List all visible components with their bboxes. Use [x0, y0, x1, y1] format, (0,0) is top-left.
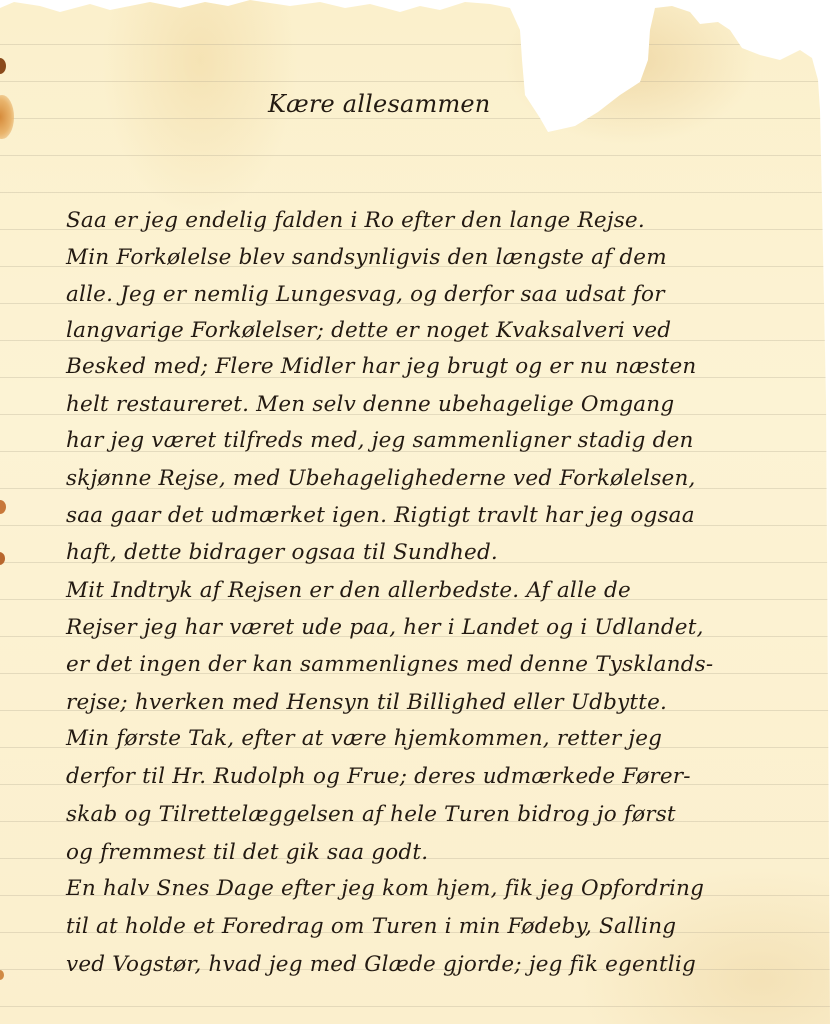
letter-line: har jeg været tilfreds med, jeg sammenli… [66, 428, 694, 453]
letter-salutation: Kære allesammen [268, 90, 490, 118]
letter-line: Saa er jeg endelig falden i Ro efter den… [66, 208, 645, 233]
letter-line: og fremmest til det gik saa godt. [66, 840, 428, 865]
letter-line: Besked med; Flere Midler har jeg brugt o… [66, 354, 696, 379]
letter-line: Min første Tak, efter at være hjemkommen… [66, 726, 662, 751]
letter-line: Rejser jeg har været ude paa, her i Land… [66, 615, 704, 640]
letter-line: saa gaar det udmærket igen. Rigtigt trav… [66, 503, 695, 528]
letter-line: skjønne Rejse, med Ubehagelighederne ved… [66, 466, 696, 491]
letter-line: rejse; hverken med Hensyn til Billighed … [66, 690, 667, 715]
letter-line: ved Vogstør, hvad jeg med Glæde gjorde; … [66, 952, 696, 977]
letter-line: til at holde et Foredrag om Turen i min … [66, 914, 676, 939]
letter-line: er det ingen der kan sammenlignes med de… [66, 652, 713, 677]
letter-line: helt restaureret. Men selv denne ubehage… [66, 392, 674, 417]
letter-line: En halv Snes Dage efter jeg kom hjem, fi… [66, 876, 704, 901]
letter-line: skab og Tilrettelæggelsen af hele Turen … [66, 802, 676, 827]
letter-line: haft, dette bidrager ogsaa til Sundhed. [66, 540, 498, 565]
letter-line: Mit Indtryk af Rejsen er den allerbedste… [66, 578, 631, 603]
letter-line: Min Forkølelse blev sandsynligvis den læ… [66, 245, 667, 270]
letter-line: alle. Jeg er nemlig Lungesvag, og derfor… [66, 282, 665, 307]
letter-line: langvarige Forkølelser; dette er noget K… [66, 318, 671, 343]
letter-line: derfor til Hr. Rudolph og Frue; deres ud… [66, 764, 691, 789]
